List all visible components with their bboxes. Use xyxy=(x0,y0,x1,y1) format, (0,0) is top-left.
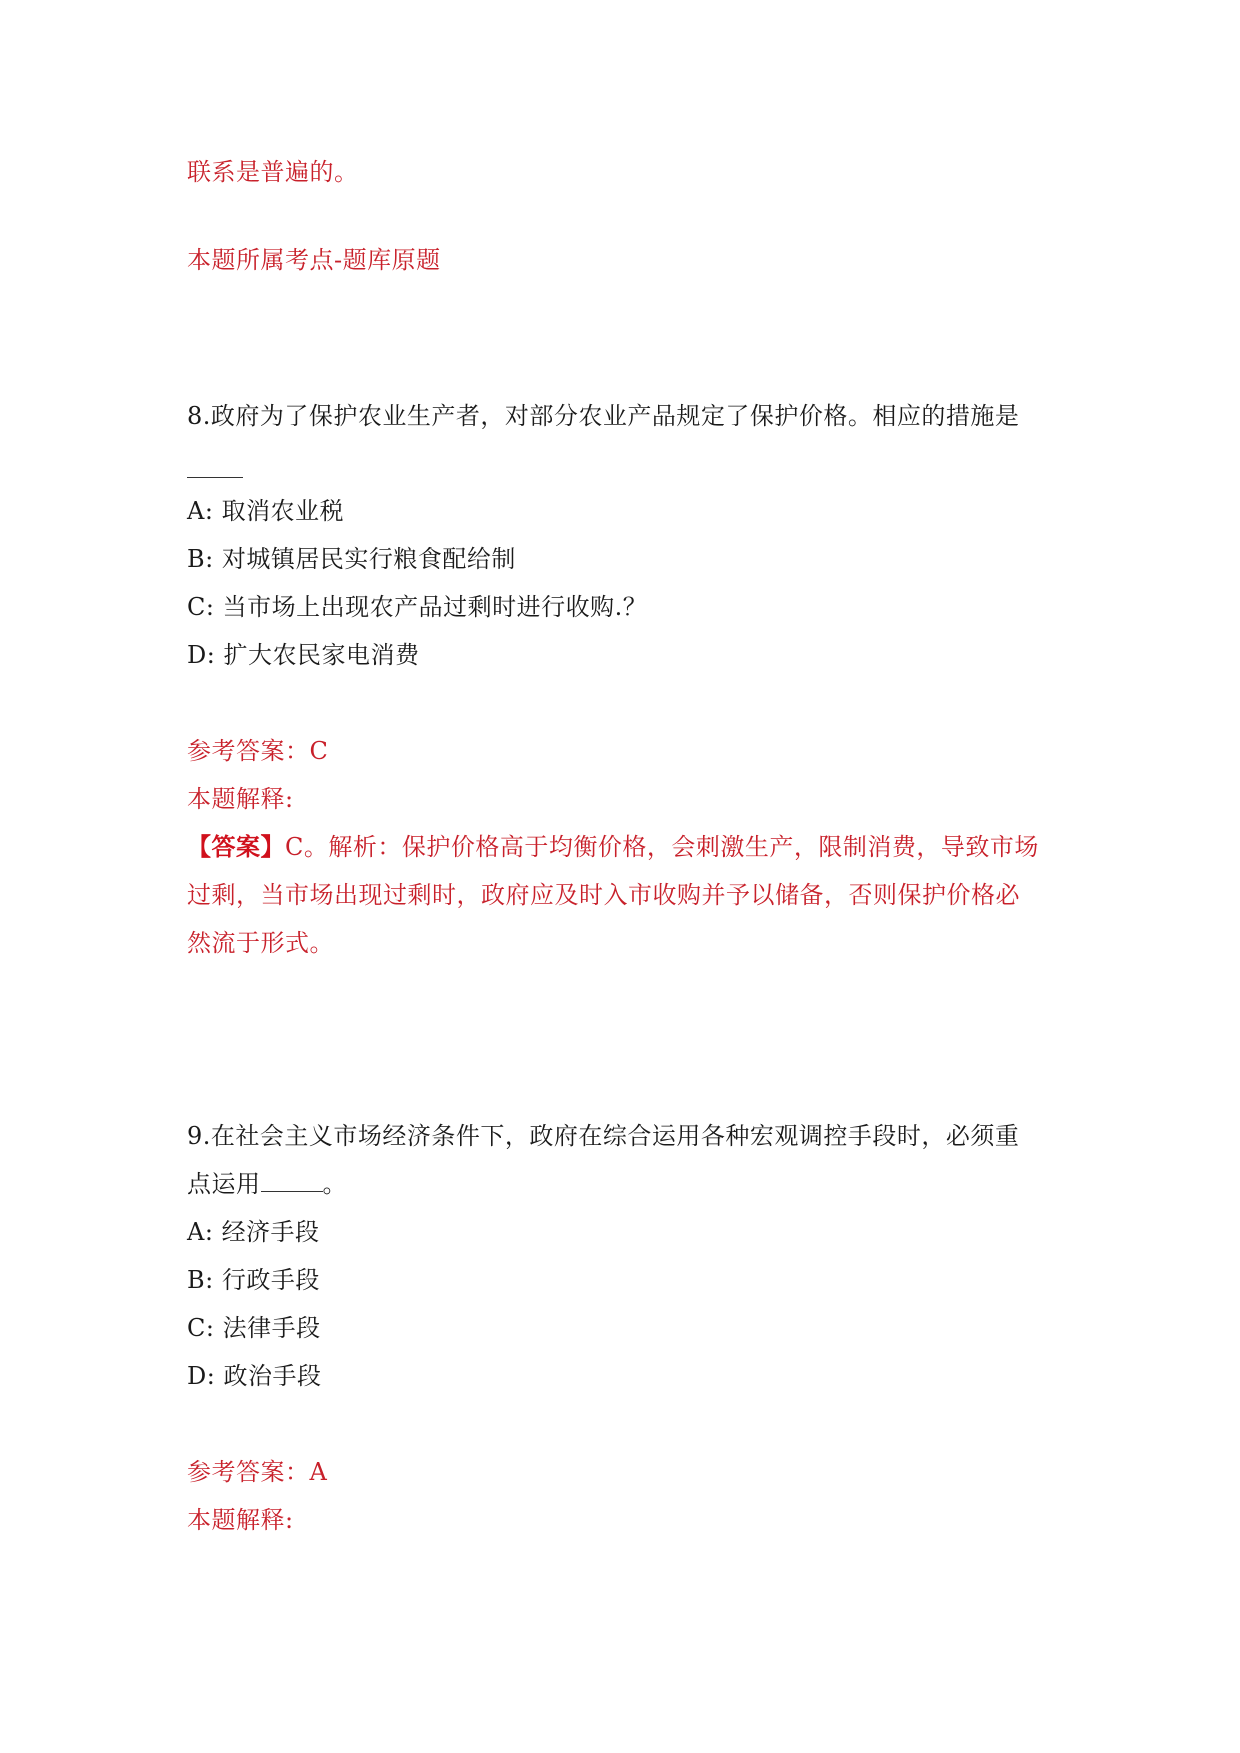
option-label: A: xyxy=(187,1218,213,1246)
question-9-option-a: A: 经济手段 xyxy=(187,1217,320,1247)
question-number: 8. xyxy=(187,402,211,430)
question-9-option-c: C: 法律手段 xyxy=(187,1313,321,1343)
option-text: 政治手段 xyxy=(223,1362,321,1390)
option-text: 法律手段 xyxy=(223,1314,321,1342)
question-9-option-d: D: 政治手段 xyxy=(187,1361,321,1391)
option-text: 取消农业税 xyxy=(222,497,345,525)
option-label: D: xyxy=(187,1362,215,1390)
question-8-option-a: A: 取消农业税 xyxy=(187,496,344,526)
answer-value: C xyxy=(310,737,329,765)
option-label: B: xyxy=(187,545,214,573)
answer-tag: 【答案】 xyxy=(187,832,285,861)
option-text: 当市场上出现农产品过剩时进行收购.？ xyxy=(223,593,648,621)
question-8-explanation-label: 本题解释: xyxy=(187,784,294,814)
question-9-stem-line-2: 点运用。 xyxy=(187,1169,347,1199)
question-8-option-d: D: 扩大农民家电消费 xyxy=(187,640,419,670)
answer-label: 参考答案： xyxy=(187,1458,310,1486)
answer-value: A xyxy=(310,1458,328,1486)
option-text: 行政手段 xyxy=(222,1266,320,1294)
option-label: C: xyxy=(187,593,214,621)
question-9-option-b: B: 行政手段 xyxy=(187,1265,320,1295)
question-8-explanation-line-1: 【答案】C。解析：保护价格高于均衡价格，会刺激生产，限制消费，导致市场 xyxy=(187,832,1039,862)
question-8-stem: 8.政府为了保护农业生产者，对部分农业产品规定了保护价格。相应的措施是 xyxy=(187,401,1019,431)
option-label: A: xyxy=(187,497,213,525)
question-8-option-b: B: 对城镇居民实行粮食配给制 xyxy=(187,544,516,574)
question-9-explanation-label: 本题解释: xyxy=(187,1505,294,1535)
question-9-stem-line-1: 9.在社会主义市场经济条件下，政府在综合运用各种宏观调控手段时，必须重 xyxy=(187,1121,1019,1151)
option-text: 经济手段 xyxy=(222,1218,320,1246)
question-8-explanation-line-3: 然流于形式。 xyxy=(187,928,334,958)
answer-label: 参考答案： xyxy=(187,737,310,765)
option-text: 扩大农民家电消费 xyxy=(223,641,419,669)
question-stem-suffix: 。 xyxy=(323,1170,348,1198)
previous-explanation-tail: 联系是普遍的。 xyxy=(187,157,359,187)
option-label: B: xyxy=(187,1266,214,1294)
question-number: 9. xyxy=(187,1122,211,1150)
question-8-explanation-line-2: 过剩，当市场出现过剩时，政府应及时入市收购并予以储备，否则保护价格必 xyxy=(187,880,1020,910)
question-stem-prefix: 点运用 xyxy=(187,1170,261,1198)
answer-blank-line xyxy=(187,477,243,478)
explanation-text: C。解析：保护价格高于均衡价格，会刺激生产，限制消费，导致市场 xyxy=(285,833,1039,861)
question-stem-text: 在社会主义市场经济条件下，政府在综合运用各种宏观调控手段时，必须重 xyxy=(211,1122,1020,1150)
option-text: 对城镇居民实行粮食配给制 xyxy=(222,545,516,573)
question-9-reference-answer: 参考答案：A xyxy=(187,1457,327,1487)
question-source-label: 本题所属考点-题库原题 xyxy=(187,245,441,275)
question-8-option-c: C: 当市场上出现农产品过剩时进行收购.？ xyxy=(187,592,647,622)
answer-blank-line xyxy=(261,1171,323,1192)
question-8-reference-answer: 参考答案：C xyxy=(187,736,328,766)
option-label: D: xyxy=(187,641,215,669)
option-label: C: xyxy=(187,1314,214,1342)
question-stem-text: 政府为了保护农业生产者，对部分农业产品规定了保护价格。相应的措施是 xyxy=(211,402,1020,430)
